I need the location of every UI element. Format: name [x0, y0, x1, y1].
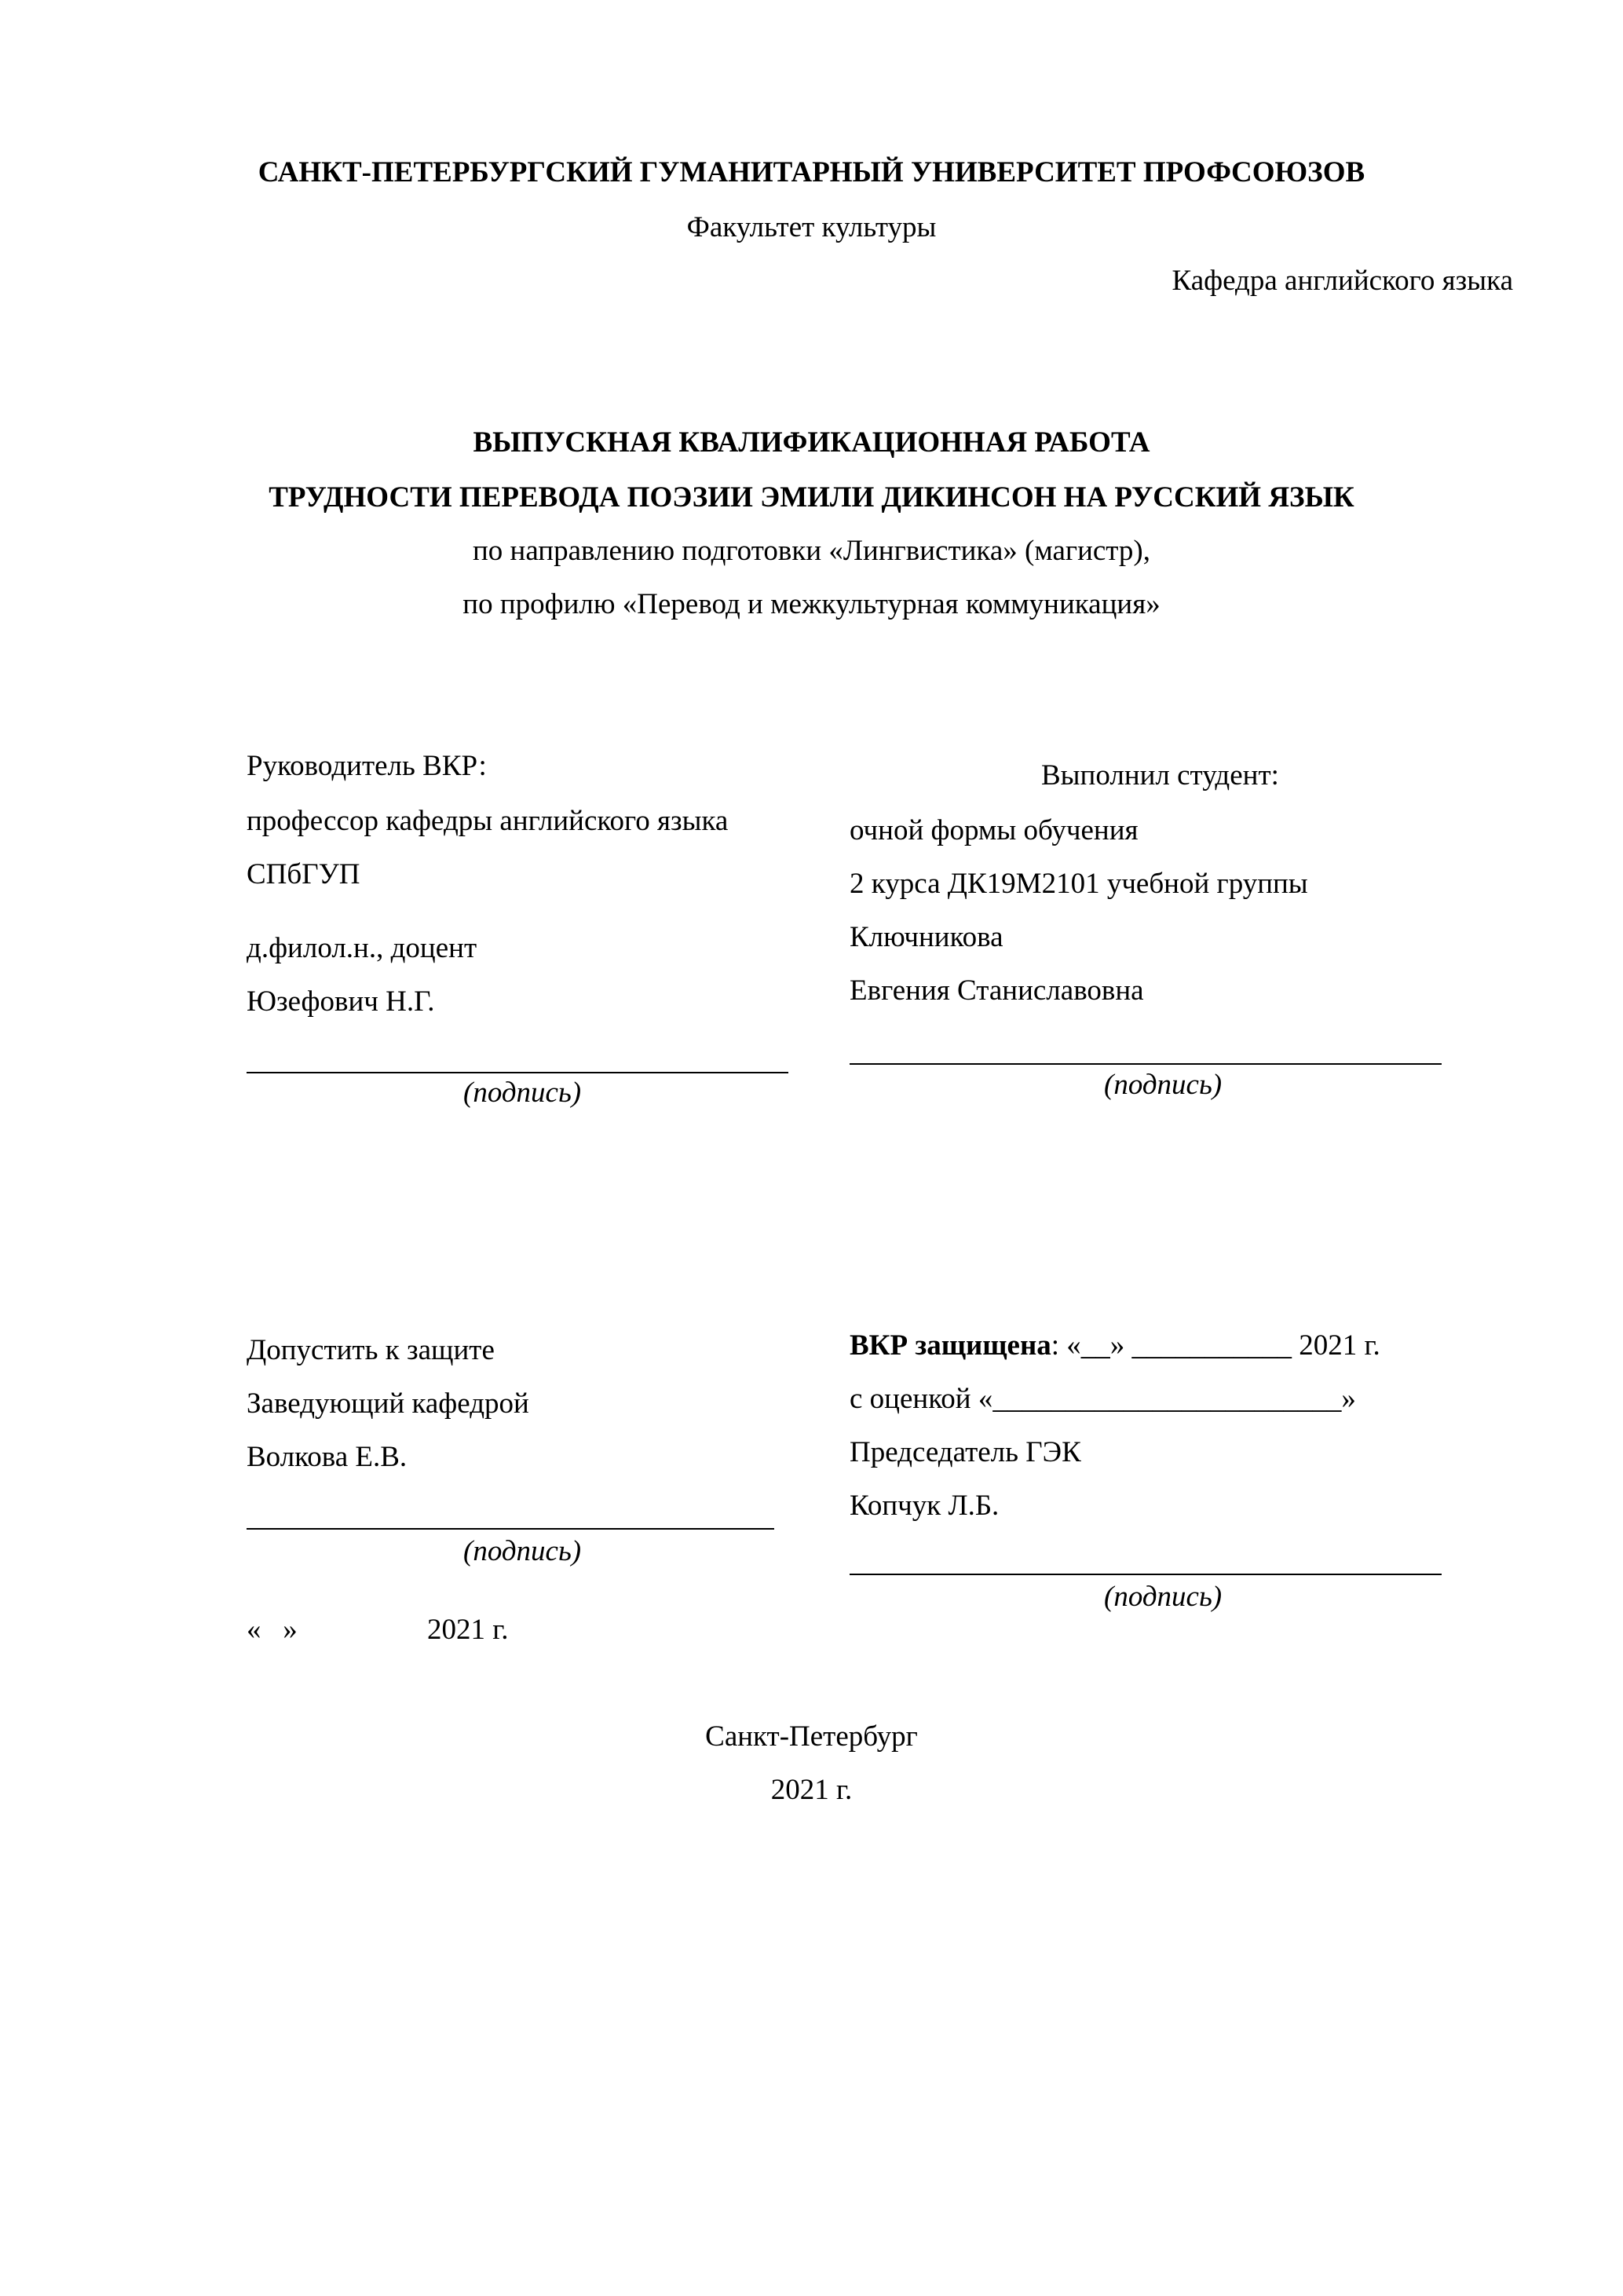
- chair-signature-caption: (подпись): [1104, 1580, 1222, 1614]
- thesis-topic: ТРУДНОСТИ ПЕРЕВОДА ПОЭЗИИ ЭМИЛИ ДИКИНСОН…: [0, 481, 1623, 515]
- supervisor-signature-caption: (подпись): [463, 1076, 581, 1110]
- faculty-name: Факультет культуры: [0, 210, 1623, 245]
- university-name: САНКТ-ПЕТЕРБУРГСКИЙ ГУМАНИТАРНЫЙ УНИВЕРС…: [0, 155, 1623, 190]
- study-direction: по направлению подготовки «Лингвистика» …: [0, 534, 1623, 569]
- supervisor-degree: д.филол.н., доцент: [247, 931, 477, 966]
- student-label: Выполнил студент:: [1041, 759, 1279, 793]
- defense-grade: с оценкой «________________________»: [850, 1382, 1356, 1417]
- city: Санкт-Петербург: [0, 1720, 1623, 1754]
- year: 2021 г.: [0, 1773, 1623, 1808]
- supervisor-position: профессор кафедры английского языка: [247, 804, 728, 839]
- defense-date-blank: : «__» ___________ 2021 г.: [1051, 1329, 1380, 1362]
- student-course-group: 2 курса ДК19М2101 учебной группы: [850, 867, 1308, 901]
- student-study-form: очной формы обучения: [850, 813, 1139, 848]
- defense-status-label: ВКР защищена: [850, 1329, 1051, 1362]
- admission-date-year: 2021 г.: [427, 1613, 509, 1647]
- supervisor-university: СПбГУП: [247, 857, 360, 892]
- admission-date-quotes: « »: [247, 1613, 298, 1647]
- study-profile: по профилю «Перевод и межкультурная комм…: [0, 587, 1623, 622]
- work-type: ВЫПУСКНАЯ КВАЛИФИКАЦИОННАЯ РАБОТА: [0, 426, 1623, 460]
- admission-signature-line: [247, 1528, 774, 1530]
- head-of-department-role: Заведующий кафедрой: [247, 1387, 529, 1421]
- student-surname: Ключникова: [850, 920, 1003, 955]
- student-given-names: Евгения Станиславовна: [850, 974, 1144, 1008]
- supervisor-label: Руководитель ВКР:: [247, 749, 487, 784]
- supervisor-signature-line: [247, 1072, 788, 1073]
- head-of-department-name: Волкова Е.В.: [247, 1440, 407, 1475]
- admission-signature-caption: (подпись): [463, 1534, 581, 1569]
- student-signature-line: [850, 1063, 1442, 1065]
- defense-status: ВКР защищена: «__» ___________ 2021 г.: [850, 1329, 1380, 1363]
- supervisor-name: Юзефович Н.Г.: [247, 985, 435, 1019]
- department-name: Кафедра английского языка: [1172, 264, 1513, 298]
- admission-label: Допустить к защите: [247, 1333, 495, 1368]
- student-signature-caption: (подпись): [1104, 1068, 1222, 1102]
- commission-chair-role: Председатель ГЭК: [850, 1435, 1081, 1470]
- title-page: САНКТ-ПЕТЕРБУРГСКИЙ ГУМАНИТАРНЫЙ УНИВЕРС…: [0, 0, 1623, 2296]
- chair-signature-line: [850, 1574, 1442, 1575]
- commission-chair-name: Копчук Л.Б.: [850, 1489, 999, 1523]
